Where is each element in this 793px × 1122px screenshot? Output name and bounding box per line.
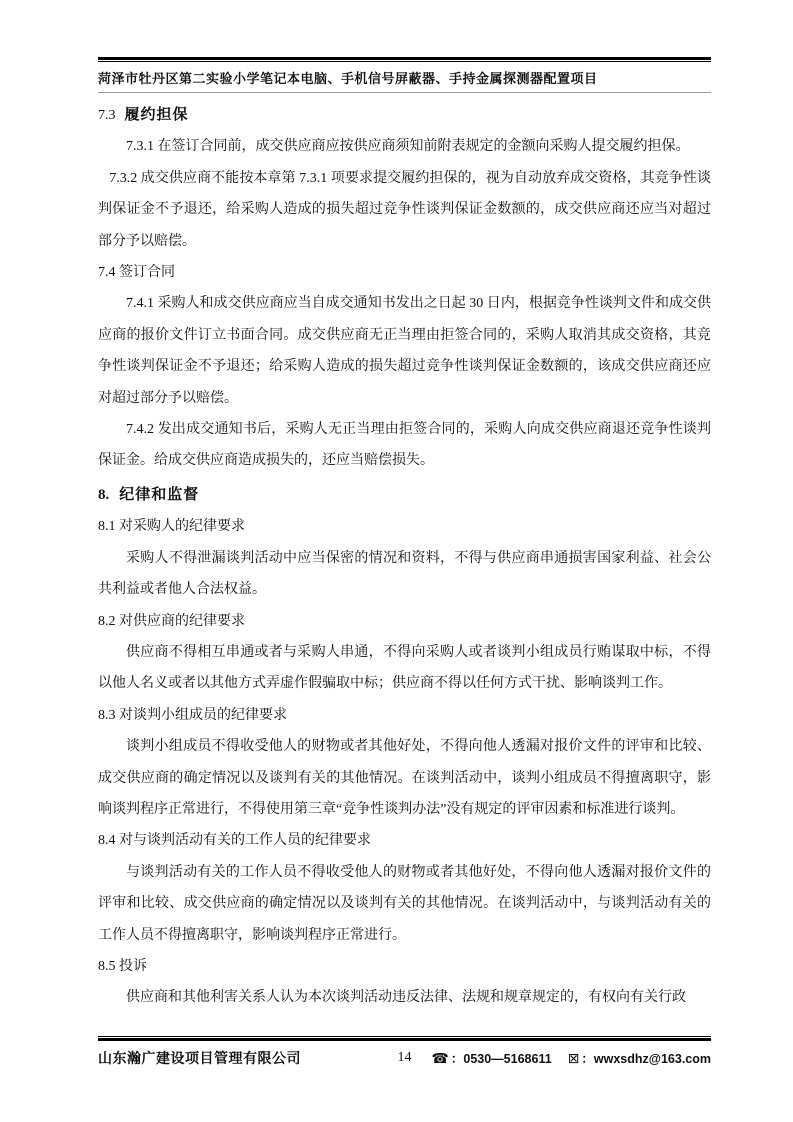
subsection-heading: 8.5 投诉: [98, 951, 711, 982]
subsection-heading: 8.4 对与谈判活动有关的工作人员的纪律要求: [98, 825, 711, 856]
section-heading: 7.3履约担保: [98, 99, 711, 131]
project-title: 菏泽市牡丹区第二实验小学笔记本电脑、手机信号屏蔽器、手持金属探测器配置项目: [98, 62, 711, 93]
subsection-heading: 7.4 签订合同: [98, 257, 711, 288]
footer-contact: ☎ ：0530—5168611 ⊠ ：wwxsdhz@163.com: [431, 1049, 711, 1067]
phone-number: ：0530—5168611: [451, 1049, 552, 1067]
email-icon: ⊠: [568, 1050, 580, 1067]
paragraph: 7.3.2 成交供应商不能按本章第 7.3.1 项要求提交履约担保的，视为自动放…: [98, 163, 711, 257]
page-footer: 山东瀚广建设项目管理有限公司 14 ☎ ：0530—5168611 ⊠ ：wwx…: [98, 1036, 711, 1068]
subsection-heading: 8.1 对采购人的纪律要求: [98, 511, 711, 542]
footer-rule-thin: [98, 1036, 711, 1037]
phone-icon: ☎: [431, 1050, 448, 1067]
subsection-heading: 8.3 对谈判小组成员的纪律要求: [98, 700, 711, 731]
email-address: ：wwxsdhz@163.com: [581, 1049, 711, 1067]
footer-row: 山东瀚广建设项目管理有限公司 14 ☎ ：0530—5168611 ⊠ ：wwx…: [98, 1041, 711, 1068]
paragraph: 采购人不得泄漏谈判活动中应当保密的情况和资料，不得与供应商串通损害国家利益、社会…: [98, 543, 711, 606]
paragraph: 谈判小组成员不得收受他人的财物或者其他好处，不得向他人透漏对报价文件的评审和比较…: [98, 731, 711, 825]
paragraph: 供应商和其他利害关系人认为本次谈判活动违反法律、法规和规章规定的，有权向有关行政: [98, 982, 711, 1013]
section-number: 8.: [98, 487, 109, 503]
subsection-heading: 8.2 对供应商的纪律要求: [98, 606, 711, 637]
chapter-heading: 8.纪律和监督: [98, 479, 711, 511]
paragraph: 与谈判活动有关的工作人员不得收受他人的财物或者其他好处，不得向他人透漏对报价文件…: [98, 857, 711, 951]
paragraph: 7.3.1 在签订合同前，成交供应商应按供应商须知前附表规定的金额向采购人提交履…: [98, 131, 711, 162]
section-number: 7.3: [98, 108, 116, 123]
document-page: 菏泽市牡丹区第二实验小学笔记本电脑、手机信号屏蔽器、手持金属探测器配置项目 7.…: [0, 0, 793, 1122]
paragraph: 7.4.1 采购人和成交供应商应当自成交通知书发出之日起 30 日内，根据竞争性…: [98, 288, 711, 414]
document-body: 7.3履约担保7.3.1 在签订合同前，成交供应商应按供应商须知前附表规定的金额…: [98, 99, 711, 1014]
header-rule-thick: [98, 57, 711, 60]
company-name: 山东瀚广建设项目管理有限公司: [98, 1048, 301, 1068]
page-header: 菏泽市牡丹区第二实验小学笔记本电脑、手机信号屏蔽器、手持金属探测器配置项目: [98, 57, 711, 93]
section-title-text: 履约担保: [125, 106, 189, 123]
paragraph: 7.4.2 发出成交通知书后，采购人无正当理由拒签合同的，采购人向成交供应商退还…: [98, 414, 711, 477]
section-title-text: 纪律和监督: [119, 486, 199, 503]
page-number: 14: [398, 1050, 412, 1066]
paragraph: 供应商不得相互串通或者与采购人串通，不得向采购人或者谈判小组成员行贿谋取中标，不…: [98, 637, 711, 700]
